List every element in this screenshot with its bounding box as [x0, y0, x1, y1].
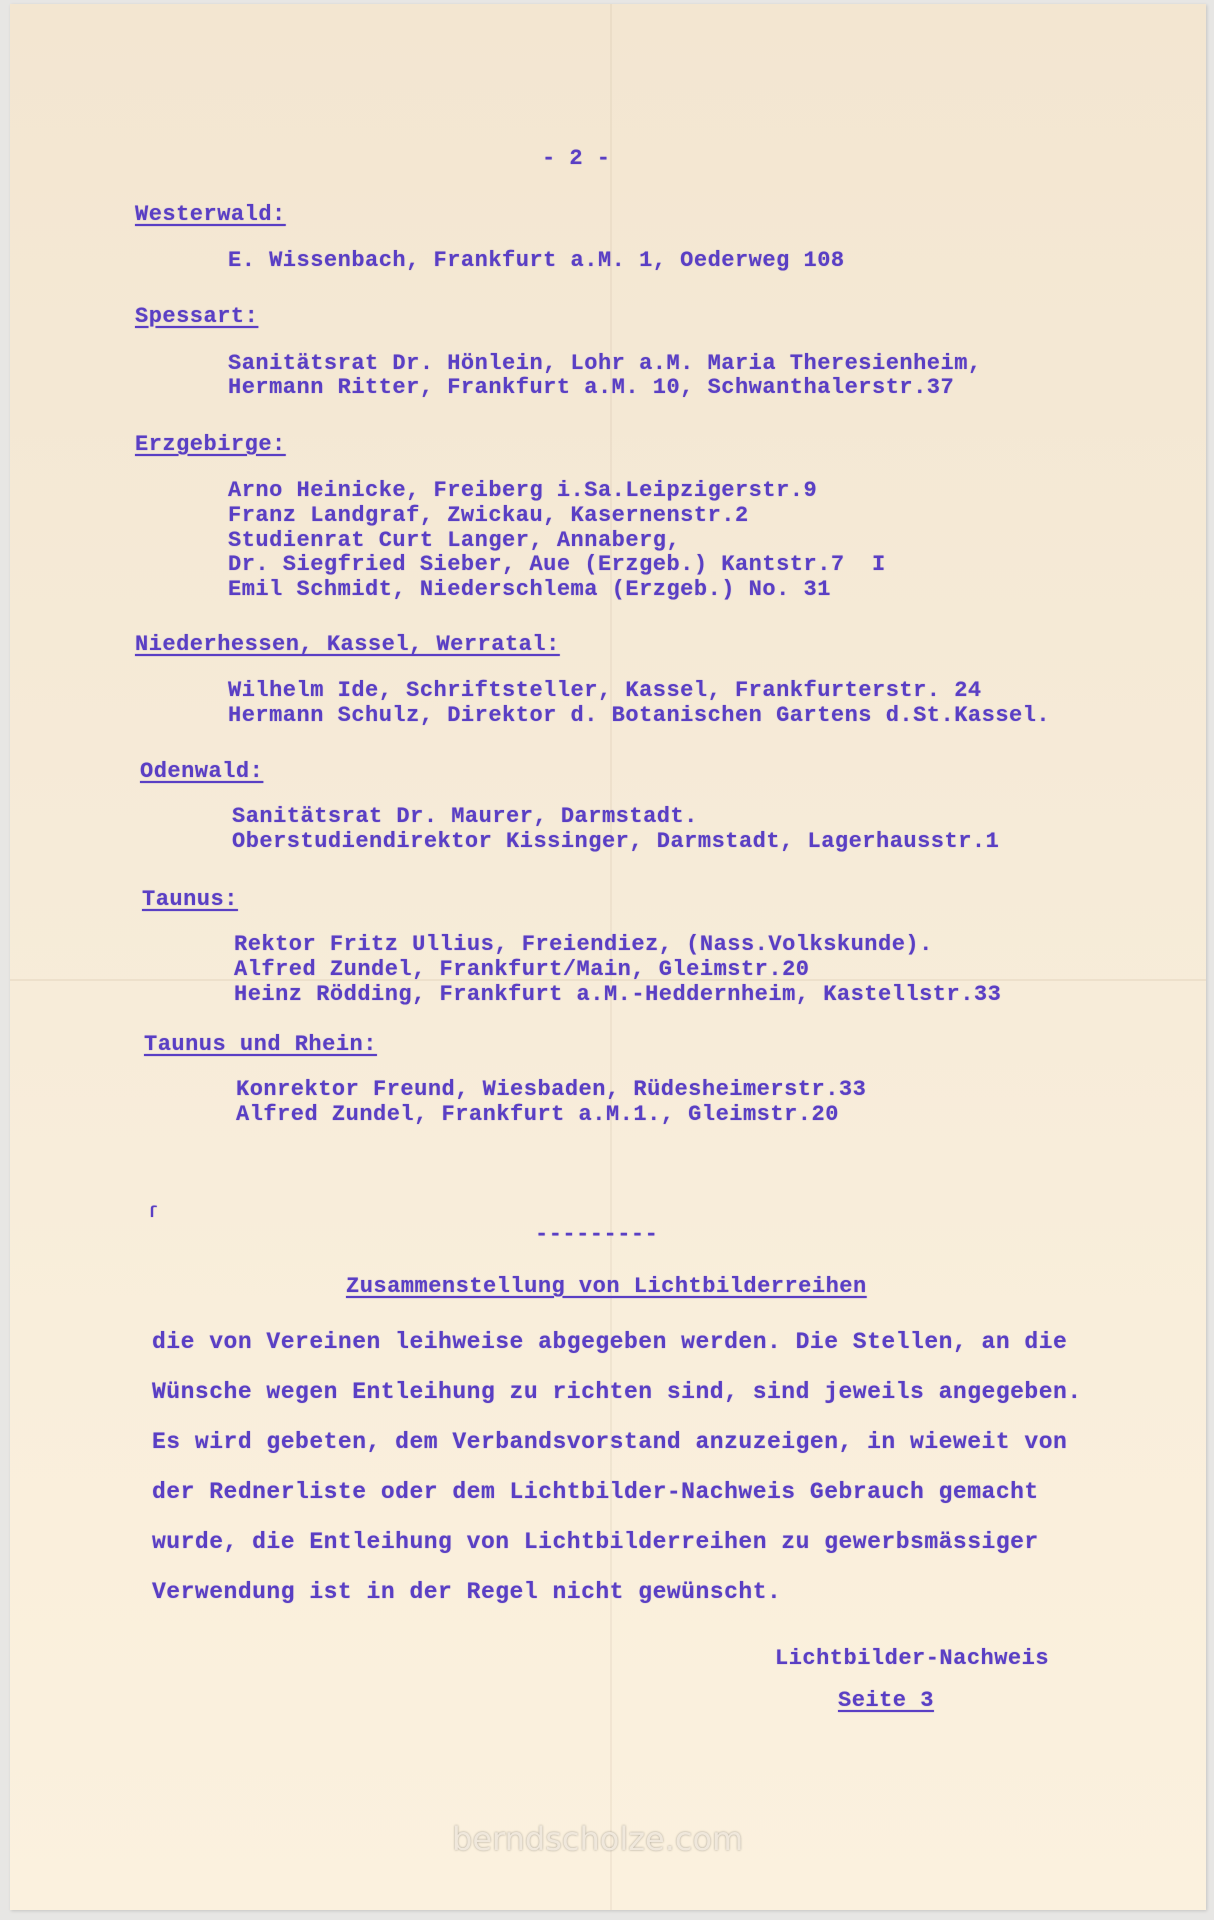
footer-label: Lichtbilder-Nachweis	[775, 1646, 1049, 1671]
section-heading-westerwald: Westerwald:	[135, 202, 286, 227]
entry: Dr. Siegfried Sieber, Aue (Erzgeb.) Kant…	[228, 552, 886, 577]
entry: Hermann Schulz, Direktor d. Botanischen …	[228, 703, 1050, 728]
entry: Hermann Ritter, Frankfurt a.M. 10, Schwa…	[228, 375, 954, 400]
entry: Wilhelm Ide, Schriftsteller, Kassel, Fra…	[228, 678, 982, 703]
paragraph-line: Es wird gebeten, dem Verbandsvorstand an…	[152, 1417, 1067, 1467]
section-heading-niederhessen: Niederhessen, Kassel, Werratal:	[135, 632, 560, 657]
entry: Alfred Zundel, Frankfurt a.M.1., Gleimst…	[236, 1102, 839, 1127]
paragraph-line: Wünsche wegen Entleihung zu richten sind…	[152, 1367, 1082, 1417]
section-heading-erzgebirge: Erzgebirge:	[135, 432, 286, 457]
footer-page-ref: Seite 3	[838, 1688, 934, 1713]
separator-line: ---------	[535, 1222, 658, 1247]
section-heading-spessart: Spessart:	[135, 304, 258, 329]
entry: Studienrat Curt Langer, Annaberg,	[228, 528, 680, 553]
entry: Franz Landgraf, Zwickau, Kasernenstr.2	[228, 503, 749, 528]
entry: Alfred Zundel, Frankfurt/Main, Gleimstr.…	[234, 957, 810, 982]
entry: Rektor Fritz Ullius, Freiendiez, (Nass.V…	[234, 932, 933, 957]
entry: Konrektor Freund, Wiesbaden, Rüdesheimer…	[236, 1077, 866, 1102]
entry: Arno Heinicke, Freiberg i.Sa.Leipzigerst…	[228, 478, 817, 503]
paragraph-line: wurde, die Entleihung von Lichtbilderrei…	[152, 1517, 1039, 1567]
entry: Emil Schmidt, Niederschlema (Erzgeb.) No…	[228, 577, 831, 602]
entry: Heinz Rödding, Frankfurt a.M.-Heddernhei…	[234, 982, 1001, 1007]
paragraph-line: Verwendung ist in der Regel nicht gewüns…	[152, 1567, 781, 1617]
paragraph-line: die von Vereinen leihweise abgegeben wer…	[152, 1317, 1067, 1367]
stray-mark: ſ	[148, 1204, 158, 1222]
document-page: - 2 - Westerwald: E. Wissenbach, Frankfu…	[10, 4, 1206, 1910]
section-heading-odenwald: Odenwald:	[140, 759, 263, 784]
paragraph-line: der Rednerliste oder dem Lichtbilder-Nac…	[152, 1467, 1039, 1517]
entry: Sanitätsrat Dr. Hönlein, Lohr a.M. Maria…	[228, 351, 982, 376]
page-number: - 2 -	[542, 146, 611, 171]
entry: E. Wissenbach, Frankfurt a.M. 1, Oederwe…	[228, 248, 845, 273]
section-heading-taunus: Taunus:	[142, 887, 238, 912]
entry: Sanitätsrat Dr. Maurer, Darmstadt.	[232, 804, 698, 829]
section-heading-taunus-und-rhein: Taunus und Rhein:	[144, 1032, 377, 1057]
entry: Oberstudiendirektor Kissinger, Darmstadt…	[232, 829, 999, 854]
watermark: berndscholze.com	[452, 1820, 743, 1858]
compilation-title: Zusammenstellung von Lichtbilderreihen	[346, 1274, 867, 1299]
